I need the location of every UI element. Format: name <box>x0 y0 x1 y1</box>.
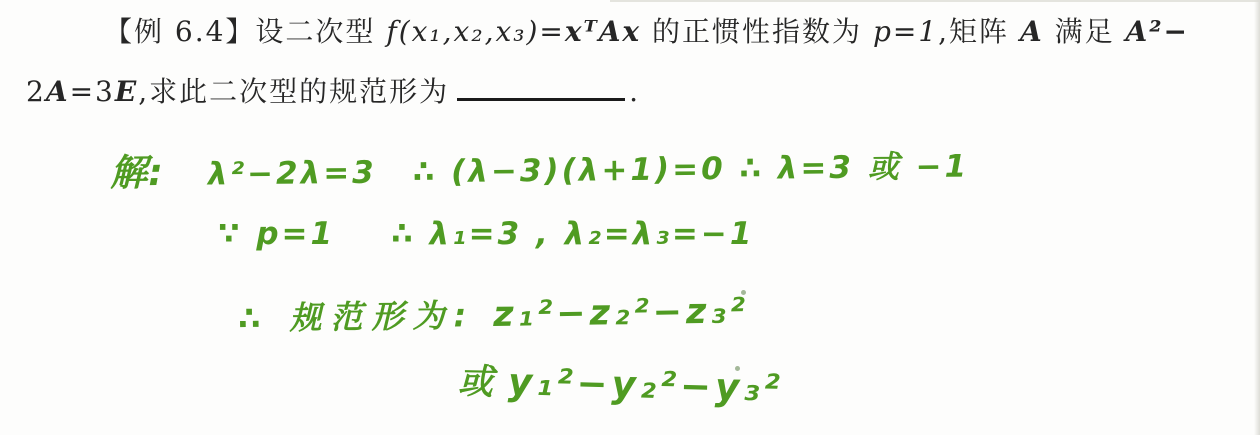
page-edge-right <box>1254 0 1260 435</box>
positive-inertia-index-text: 的正惯性指数为 <box>641 15 873 48</box>
A-squared-minus: A²− <box>1126 15 1189 48</box>
handwritten-solution-line3: ∴ 规范形为:z₁²−z₂²−z₃² <box>238 286 750 339</box>
matrix-text: ,矩阵 <box>938 15 1020 48</box>
characteristic-equation: λ²−2λ=3 <box>208 155 377 193</box>
xTAx-expression: xᵀAx <box>565 15 641 48</box>
pen-mark-dot <box>735 366 740 371</box>
eigenvalues-conclusion: ∴ λ₁=3 , λ₂=λ₃=−1 <box>391 216 754 252</box>
coefficient-2: 2 <box>26 75 46 108</box>
canonical-form-z-expression: z₁²−z₂²−z₃² <box>493 291 749 335</box>
canonical-form-label: ∴ 规范形为: <box>238 296 476 337</box>
handwritten-solution-line4: 或y₁²−y₂²−y₃² <box>457 354 784 412</box>
solution-label-jie: 解: <box>110 151 164 195</box>
identity-matrix-E-symbol: E <box>115 75 138 108</box>
answer-blank-underline <box>457 74 625 101</box>
equals-3: =3 <box>70 75 115 108</box>
pen-mark-dot <box>741 290 746 295</box>
satisfies-text: 满足 <box>1044 15 1126 48</box>
page-edge-top <box>610 0 1260 2</box>
quadratic-form-definition: f(x₁,x₂,x₃)= <box>386 15 565 48</box>
premise-p-equals-1: ∵ p=1 <box>218 216 335 252</box>
matrix-A-symbol: A <box>46 75 70 108</box>
problem-statement-line1: 【例 6.4】设二次型 f(x₁,x₂,x₃)=xᵀAx 的正惯性指数为 p=1… <box>104 10 1189 50</box>
matrix-A-symbol: A <box>1020 15 1044 48</box>
problem-statement-line2: 2A=3E,求此二次型的规范形为. <box>26 70 640 110</box>
or-label: 或 <box>457 362 496 403</box>
sentence-period: . <box>629 75 640 108</box>
eigenvalue-derivation: ∴ (λ−3)(λ+1)=0 ∴ λ=3 或 −1 <box>413 149 970 191</box>
p-equals-1: p=1 <box>873 15 938 48</box>
handwritten-solution-line1: 解:λ²−2λ=3∴ (λ−3)(λ+1)=0 ∴ λ=3 或 −1 <box>110 134 970 197</box>
handwritten-solution-line2: ∵ p=1∴ λ₁=3 , λ₂=λ₃=−1 <box>218 216 754 252</box>
example-label: 【例 6.4】设二次型 <box>104 15 386 48</box>
canonical-form-y-expression: y₁²−y₂²−y₃² <box>507 360 784 410</box>
textbook-page-photo: 【例 6.4】设二次型 f(x₁,x₂,x₃)=xᵀAx 的正惯性指数为 p=1… <box>0 0 1260 435</box>
find-canonical-form-text: ,求此二次型的规范形为 <box>138 75 449 108</box>
